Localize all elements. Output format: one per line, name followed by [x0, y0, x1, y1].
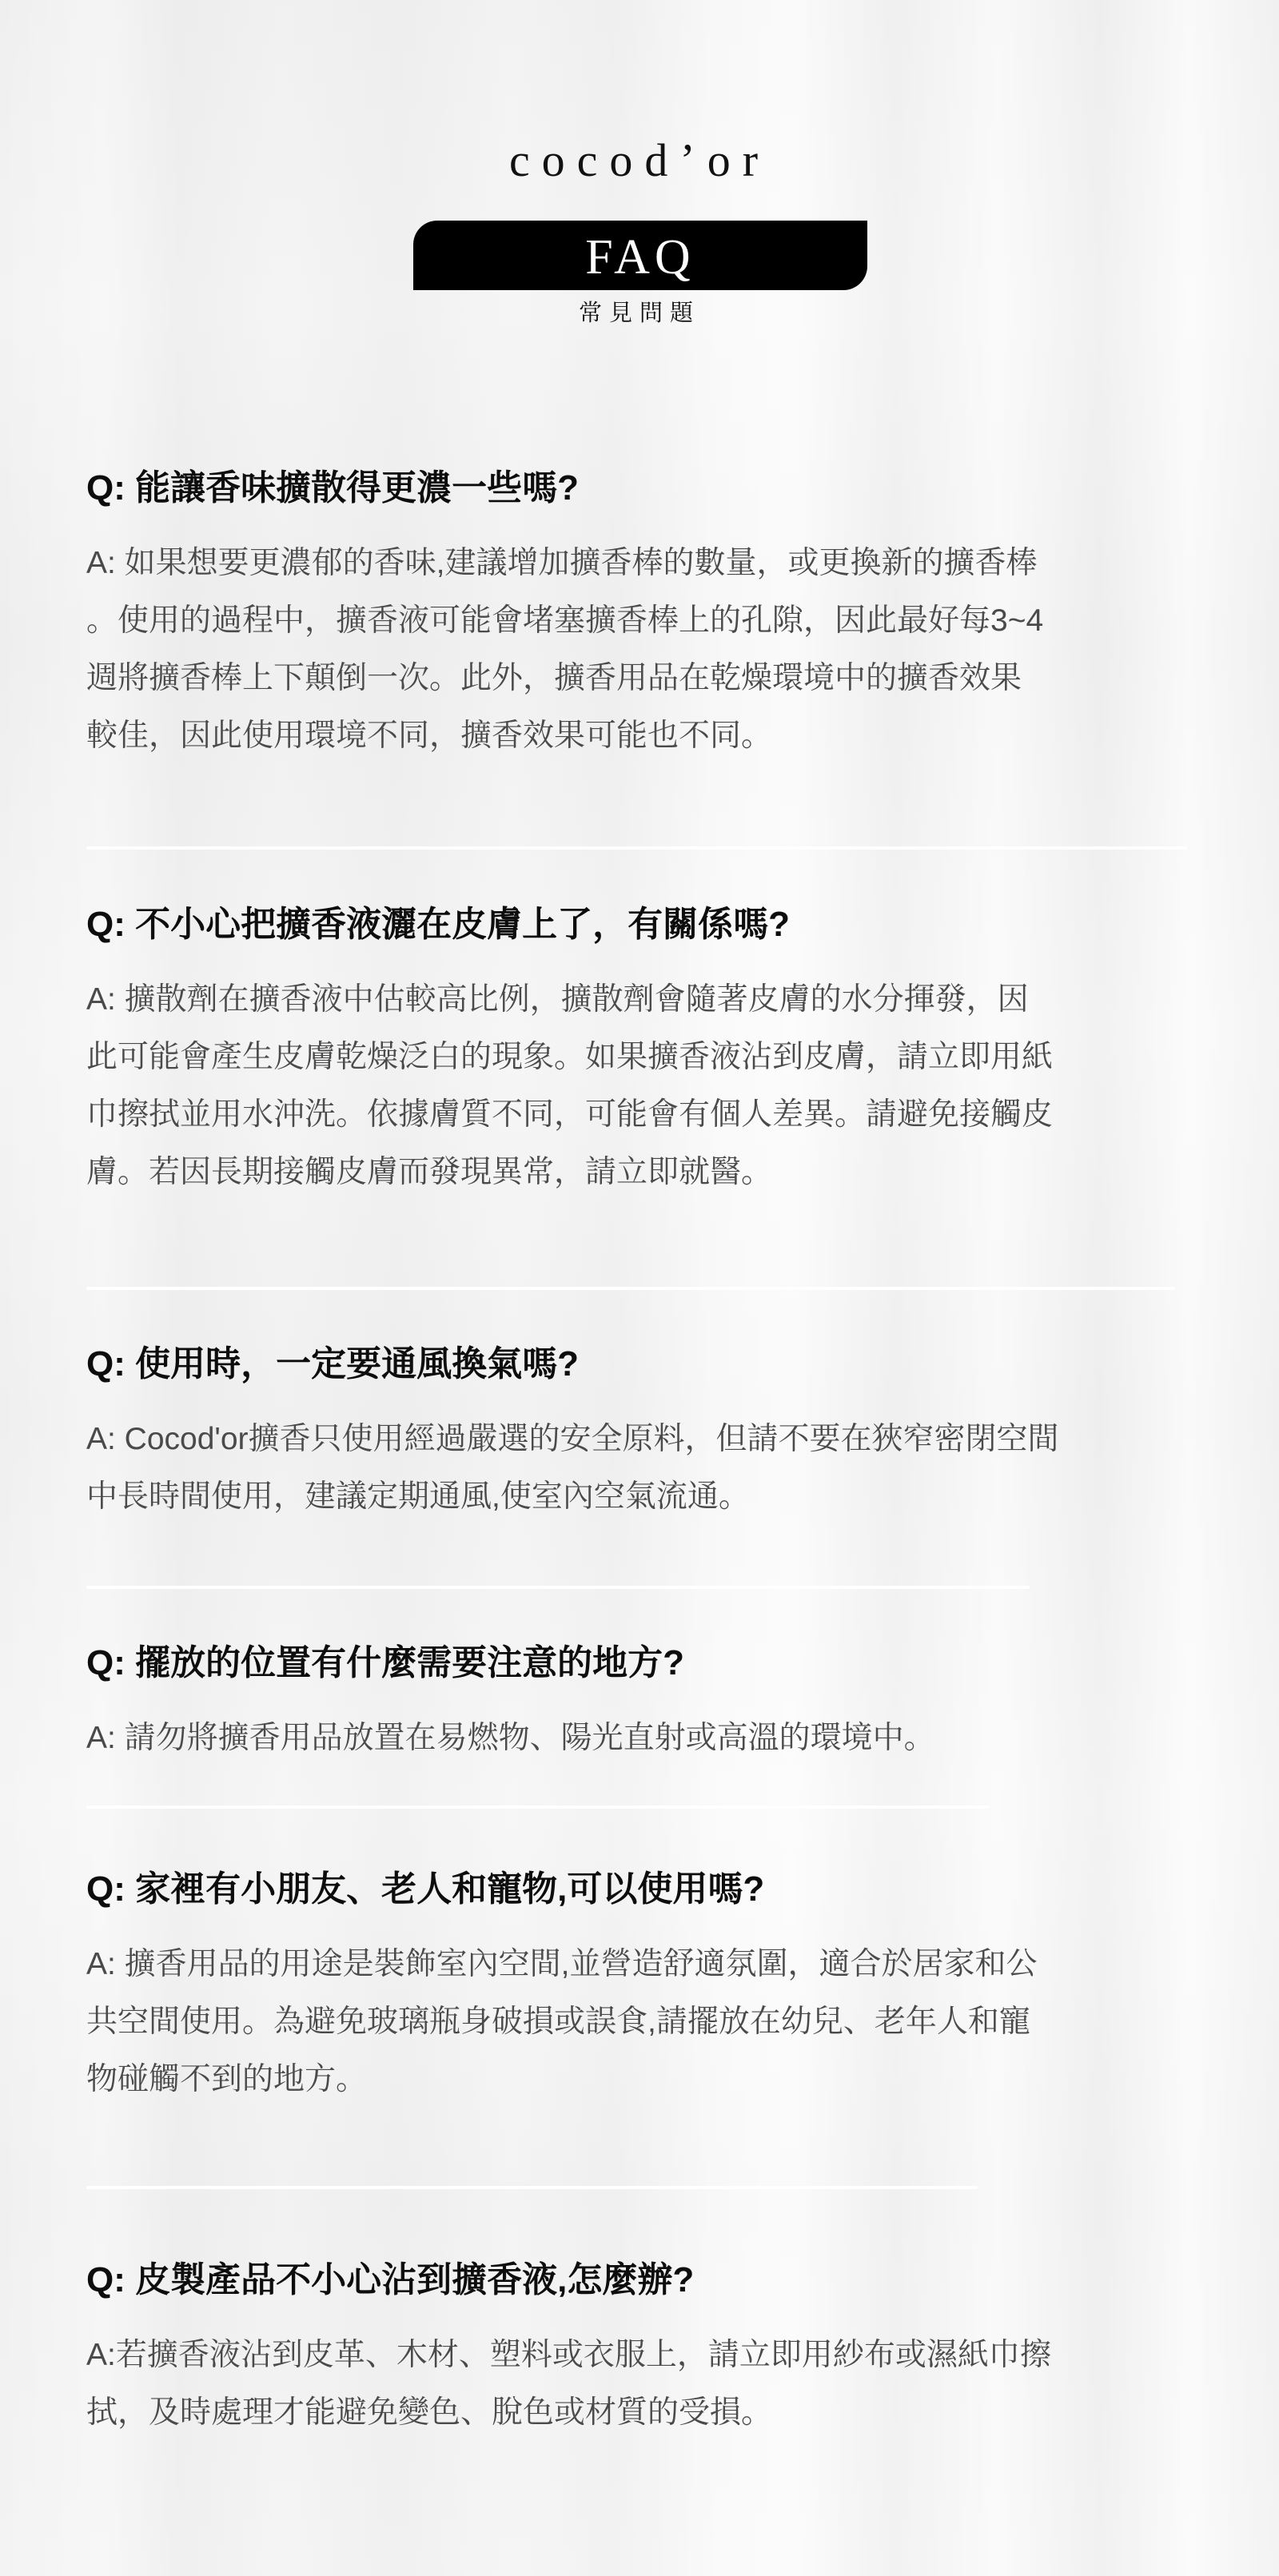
faq-answer: A: 擴香用品的用途是裝飾室內空間,並營造舒適氛圍，適合於居家和公 共空間使用。…	[86, 1930, 1221, 2114]
faq-page: cocod’or FAQ 常見問題 Q: 能讓香味擴散得更濃一些嗎? A: 如果…	[0, 0, 1279, 2576]
divider	[86, 846, 1187, 850]
answer-line: 拭，及時處理才能避免變色、脫色或材質的受損。	[86, 2379, 1221, 2447]
faq-answer: A:若擴香液沾到皮革、木材、塑料或衣服上，請立即用紗布或濕紙巾擦 拭，及時處理才…	[86, 2321, 1221, 2447]
page-subtitle: 常見問題	[0, 302, 1279, 325]
faq-question: Q: 使用時，一定要通風換氣嗎?	[86, 1343, 1221, 1386]
faq-item: Q: 家裡有小朋友、老人和寵物,可以使用嗎? A: 擴香用品的用途是裝飾室內空間…	[86, 1868, 1221, 2114]
faq-answer: A: 如果想要更濃郁的香味,建議增加擴香棒的數量，或更換新的擴香棒 。使用的過程…	[86, 529, 1221, 770]
faq-item: Q: 皮製產品不小心沾到擴香液,怎麼辦? A:若擴香液沾到皮革、木材、塑料或衣服…	[86, 2259, 1221, 2447]
divider	[86, 2186, 978, 2189]
faq-item: Q: 擺放的位置有什麼需要注意的地方? A: 請勿將擴香用品放置在易燃物、陽光直…	[86, 1642, 1221, 1773]
answer-line: 較佳，因此使用環境不同，擴香效果可能也不同。	[86, 702, 1221, 770]
divider	[86, 1806, 990, 1809]
faq-item: Q: 使用時，一定要通風換氣嗎? A: Cocod'or擴香只使用經過嚴選的安全…	[86, 1343, 1221, 1531]
faq-title-banner: FAQ	[413, 221, 867, 290]
faq-item: Q: 不小心把擴香液灑在皮膚上了，有關係嗎? A: 擴散劑在擴香液中估較高比例，…	[86, 903, 1221, 1207]
faq-answer: A: 擴散劑在擴香液中估較高比例，擴散劑會隨著皮膚的水分揮發，因 此可能會產生皮…	[86, 966, 1221, 1207]
faq-item: Q: 能讓香味擴散得更濃一些嗎? A: 如果想要更濃郁的香味,建議增加擴香棒的數…	[86, 467, 1221, 770]
faq-question: Q: 能讓香味擴散得更濃一些嗎?	[86, 467, 1221, 510]
faq-question: Q: 家裡有小朋友、老人和寵物,可以使用嗎?	[86, 1868, 1221, 1911]
faq-answer: A: 請勿將擴香用品放置在易燃物、陽光直射或高溫的環境中。	[86, 1704, 1221, 1773]
faq-question: Q: 不小心把擴香液灑在皮膚上了，有關係嗎?	[86, 903, 1221, 946]
faq-answer: A: Cocod'or擴香只使用經過嚴選的安全原料，但請不要在狹窄密閉空間 中長…	[86, 1405, 1221, 1531]
page-title: FAQ	[585, 229, 695, 282]
divider	[86, 1586, 1030, 1589]
brand-logo: cocod’or	[0, 137, 1279, 184]
faq-question: Q: 擺放的位置有什麼需要注意的地方?	[86, 1642, 1221, 1685]
answer-line: A: 請勿將擴香用品放置在易燃物、陽光直射或高溫的環境中。	[86, 1704, 1221, 1773]
divider	[86, 1287, 1175, 1290]
faq-question: Q: 皮製產品不小心沾到擴香液,怎麼辦?	[86, 2259, 1221, 2302]
